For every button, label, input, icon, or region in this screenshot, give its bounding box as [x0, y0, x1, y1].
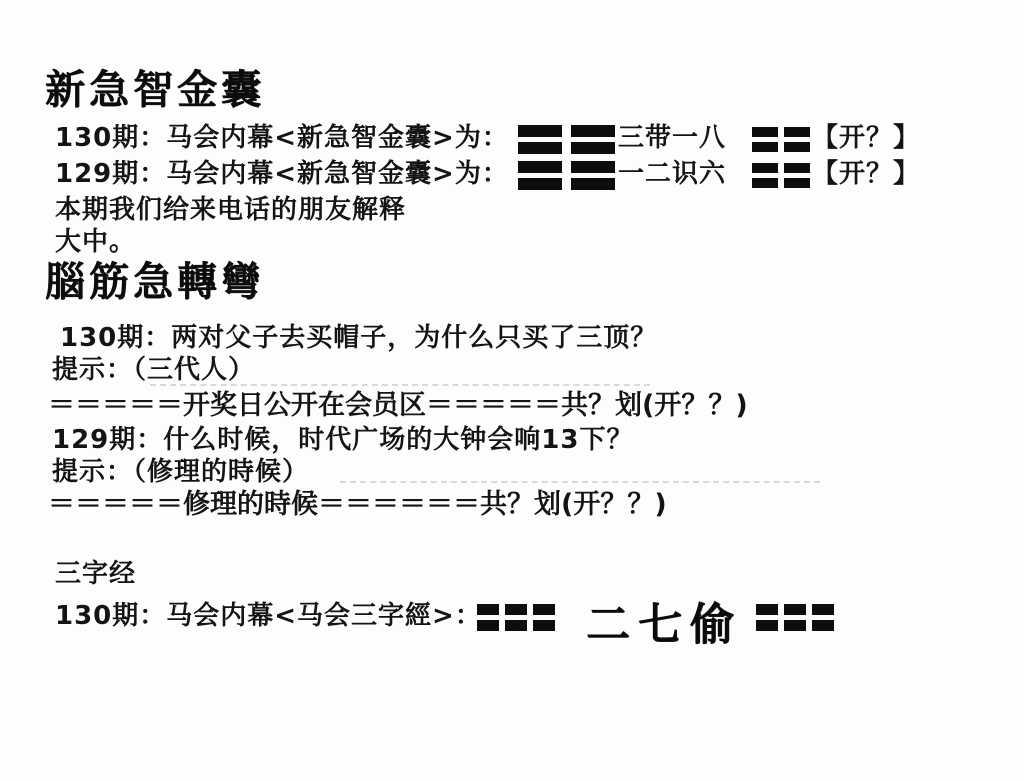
scan-artifact — [150, 384, 650, 386]
row129-label: 一二识六 — [618, 158, 726, 190]
riddle130-hint: 提示：（三代人） — [52, 354, 255, 386]
section2-title: 腦筋急轉彎 — [45, 250, 265, 307]
riddle129-hint: 提示：（修理的時候） — [52, 456, 309, 488]
sanzijing-answer: 二七偷 — [586, 588, 742, 652]
row130-label: 三带一八 — [618, 122, 726, 154]
triple-bars-icon — [477, 604, 555, 631]
row129-prefix: 129期：马会内幕<新急智金囊>为： — [55, 158, 509, 190]
scanned-tipsheet-page: 新急智金囊 130期：马会内幕<新急智金囊>为： 三带一八 【开？】 129期：… — [0, 0, 1024, 781]
row130-prefix: 130期：马会内幕<新急智金囊>为： — [55, 122, 509, 154]
riddle129-question: 129期：什么时候，时代广场的大钟会响13下？ — [52, 424, 633, 456]
section1-title: 新急智金囊 — [45, 58, 265, 115]
double-broken-bars-icon — [518, 161, 615, 190]
section3-title: 三字经 — [55, 558, 136, 590]
row130-result: 【开？】 — [812, 122, 920, 154]
row129-result: 【开？】 — [812, 158, 920, 190]
riddle130-question: 130期：两对父子去买帽子，为什么只买了三顶？ — [60, 322, 657, 354]
sanzijing-prefix: 130期：马会内幕<马会三字經>： — [55, 600, 482, 632]
riddle129-answer-line: ＝＝＝＝＝修理的時候＝＝＝＝＝＝共？划(开？？) — [48, 489, 667, 521]
note-line-1: 本期我们给来电话的朋友解释 — [55, 194, 406, 226]
double-broken-bars-icon — [752, 163, 810, 188]
triple-bars-icon — [756, 604, 834, 631]
scan-artifact — [340, 481, 820, 483]
double-broken-bars-icon — [752, 127, 810, 152]
riddle130-answer-line: ＝＝＝＝＝开奖日公开在会员区＝＝＝＝＝共？划(开？？) — [48, 390, 748, 422]
double-broken-bars-icon — [518, 125, 615, 154]
